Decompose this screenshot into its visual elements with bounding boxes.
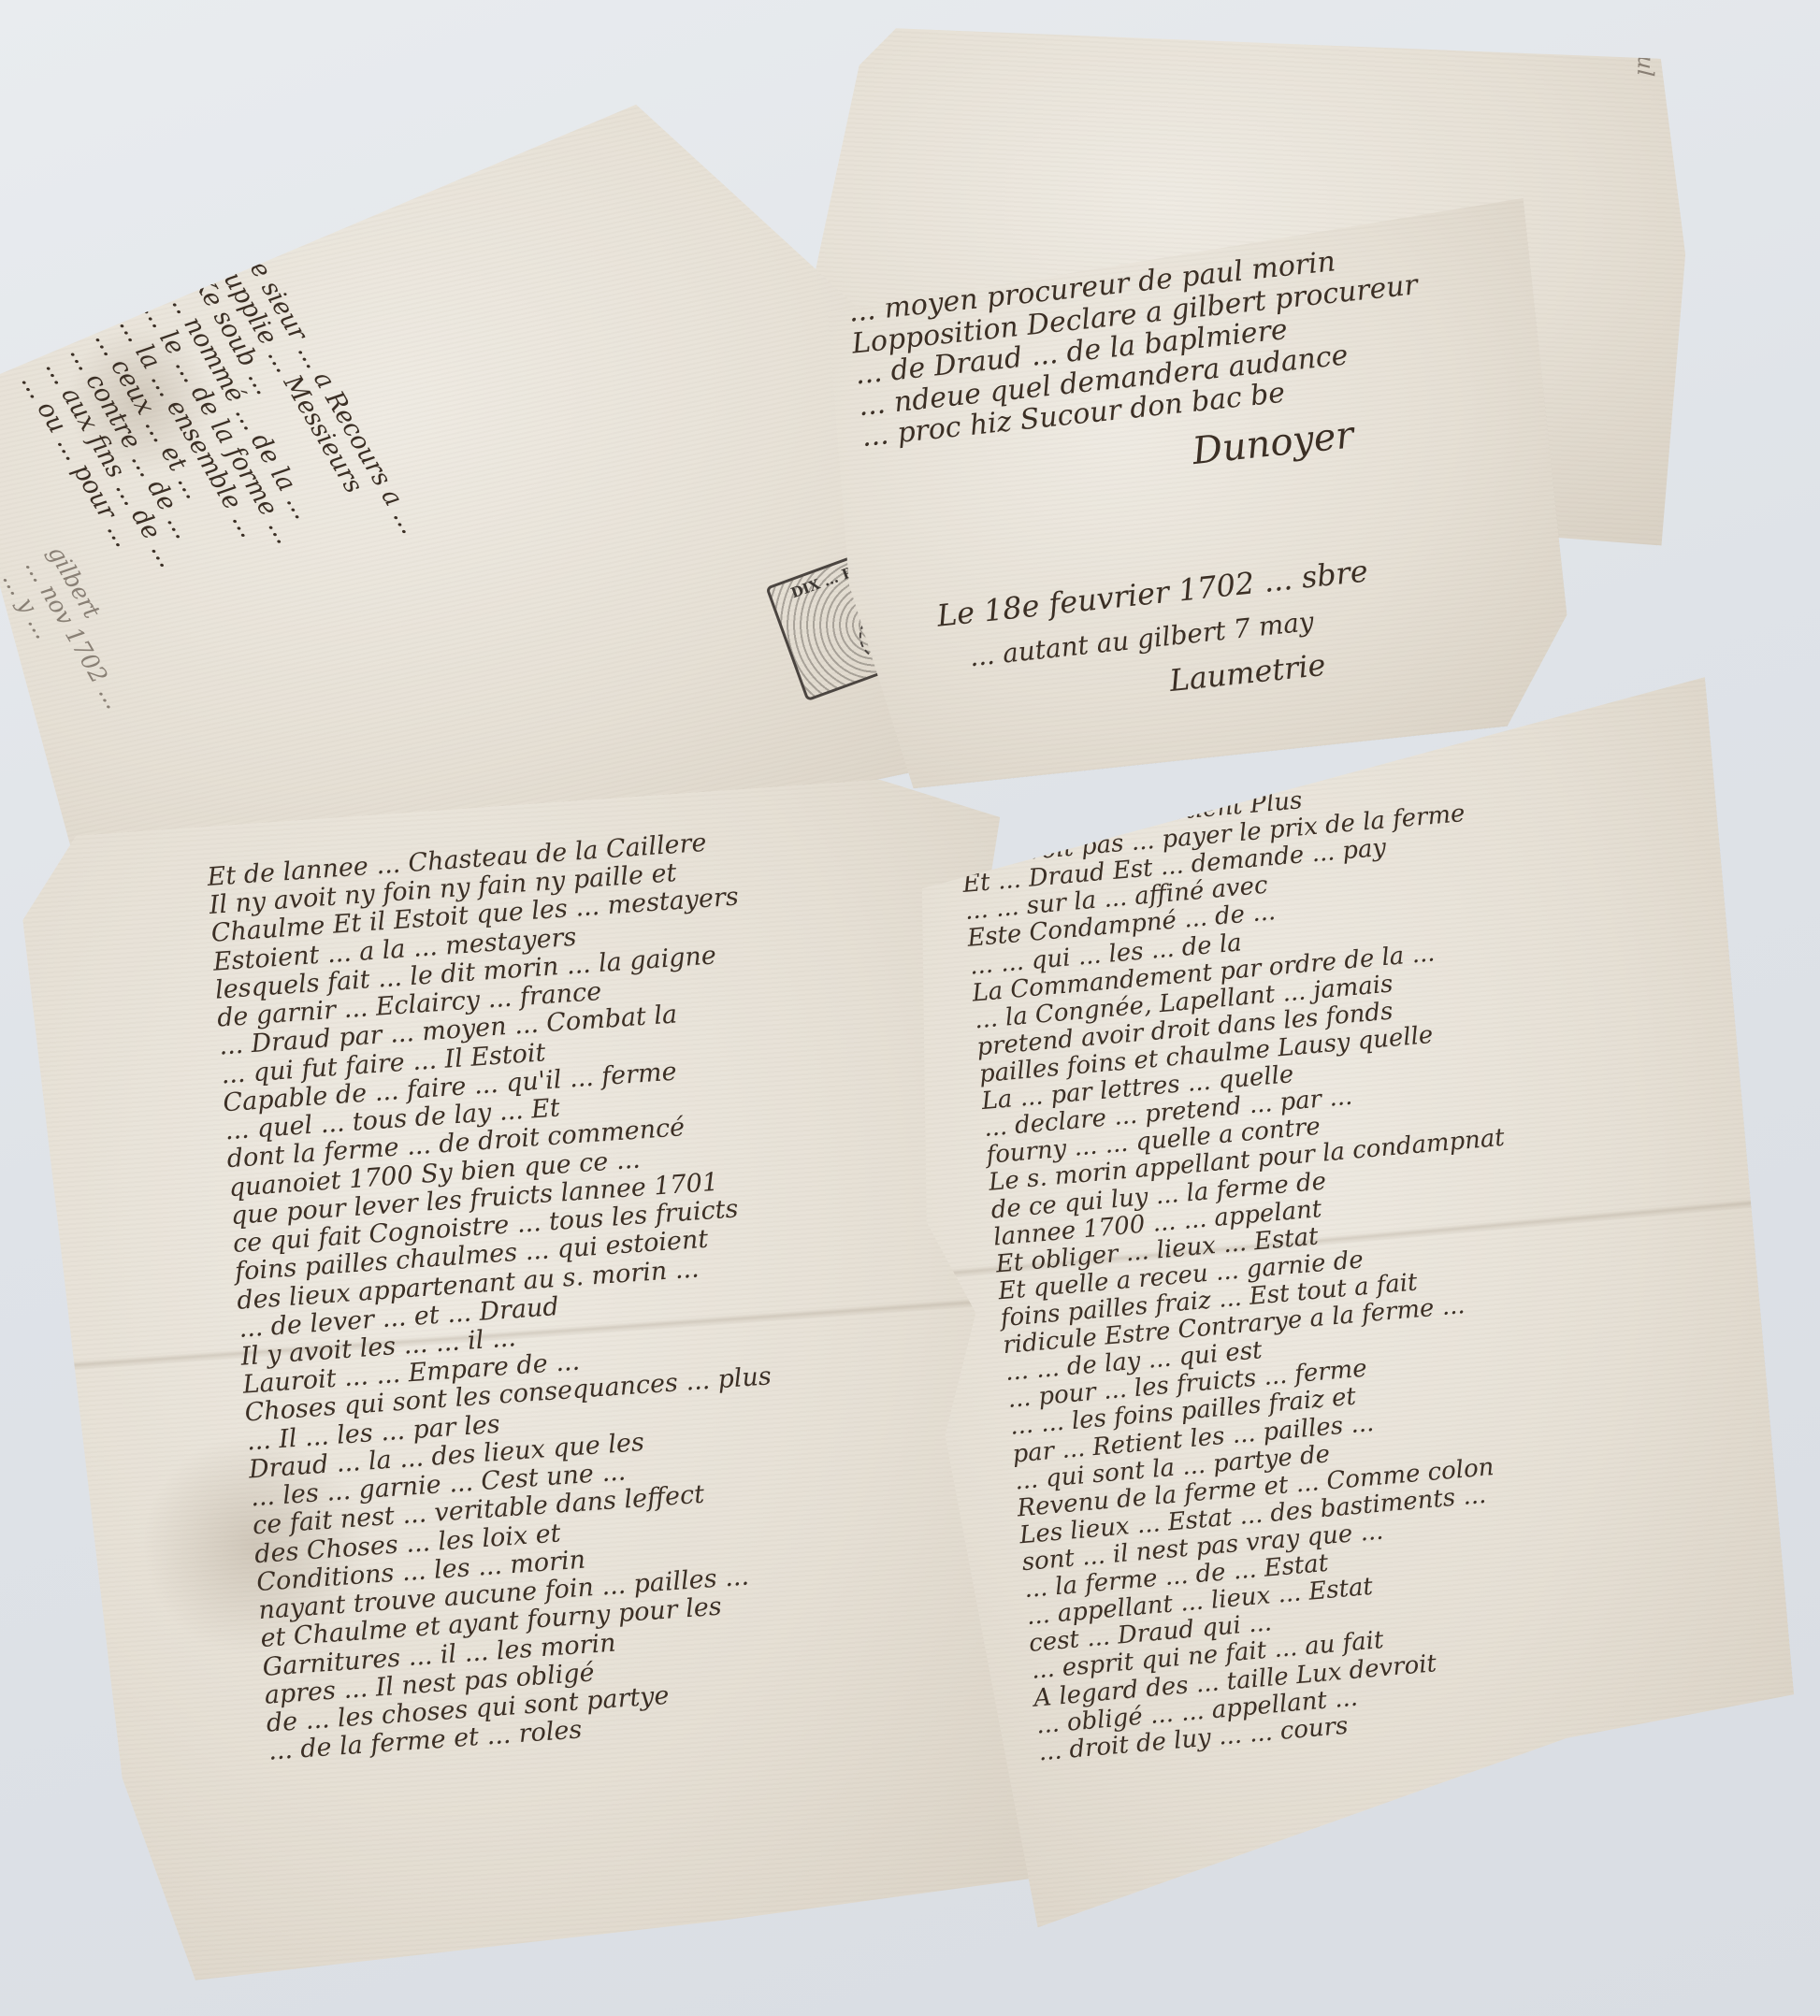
manuscript-sheet-bottom-left: Et de lannee ... Chasteau de la Caillere… [17,771,1076,1987]
signature-dunoyer: Dunoyer [1191,413,1356,473]
sheet-text: Et de lannee ... Chasteau de la Caillere… [207,828,797,1767]
signature-laumetrie: Laumetrie [1168,647,1328,698]
fragment-text: ...cau hala ... les s.r Draud el la s.r … [1582,15,1681,78]
manuscript-sheet-bottom-right: ... ... par ... Lux Retient Plus de devo… [885,677,1808,1932]
sheet-text: ... ... par ... Lux Retient Plus de devo… [957,772,1555,1766]
